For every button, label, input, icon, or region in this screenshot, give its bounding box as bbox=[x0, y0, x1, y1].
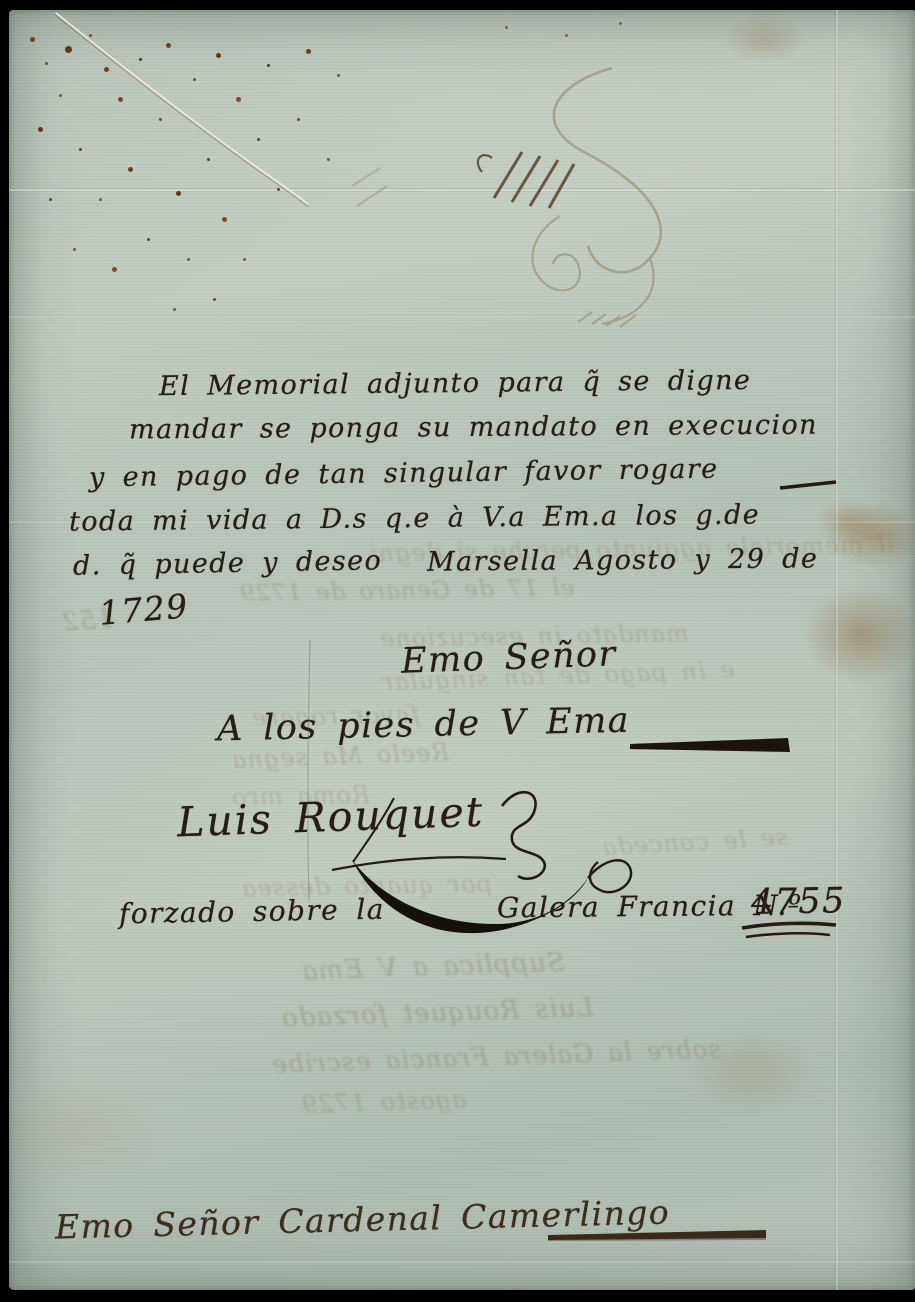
signature-note-left: forzado sobre la bbox=[119, 893, 385, 931]
bleed-through-line: sobre la Galera Francia escribe bbox=[271, 1034, 722, 1079]
letter-line-3: y en pago de tan singular favor rogare bbox=[89, 454, 719, 494]
bleed-through-line: Supplica a V Ema bbox=[301, 947, 566, 986]
letter-paper-sheet: il memoriale aggiunto perche si degni el… bbox=[9, 10, 915, 1290]
bleed-through-line: el 17 de Genaro de 1729 bbox=[239, 575, 575, 607]
horizontal-fold-crease bbox=[9, 315, 915, 319]
horizontal-fold-crease bbox=[9, 1260, 915, 1264]
letter-line-2: mandar se ponga su mandato en execucion bbox=[129, 410, 818, 446]
letter-valediction: A los pies de V Ema bbox=[217, 701, 631, 750]
letter-line-4: toda mi vida a D.s q.e à V.a Em.a los g.… bbox=[69, 499, 760, 537]
letter-year: 1729 bbox=[97, 586, 190, 633]
horizontal-fold-crease bbox=[9, 188, 915, 192]
scan-background: { "document": { "type": "handwritten-let… bbox=[0, 0, 915, 1302]
letter-line-5b: Marsella Agosto y 29 de bbox=[427, 543, 819, 577]
bleed-through-line: Luis Rouquet forzado bbox=[281, 993, 594, 1034]
foxing-spots bbox=[9, 10, 12, 13]
galley-number: 4755 bbox=[751, 881, 846, 923]
letter-line-5a: d. q̃ puede y deseo bbox=[73, 545, 383, 581]
letter-salutation: Emo Señor bbox=[400, 634, 617, 681]
vertical-fold-crease bbox=[835, 10, 839, 1290]
address-line: Emo Señor Cardenal Camerlingo bbox=[55, 1192, 671, 1246]
signature: Luis Rouquet bbox=[176, 788, 485, 847]
letter-line-1: El Memorial adjunto para q̃ se digne bbox=[159, 365, 752, 402]
bleed-through-line: agosto 1729 bbox=[301, 1085, 467, 1119]
bleed-through-line: se le conceda bbox=[600, 823, 789, 861]
